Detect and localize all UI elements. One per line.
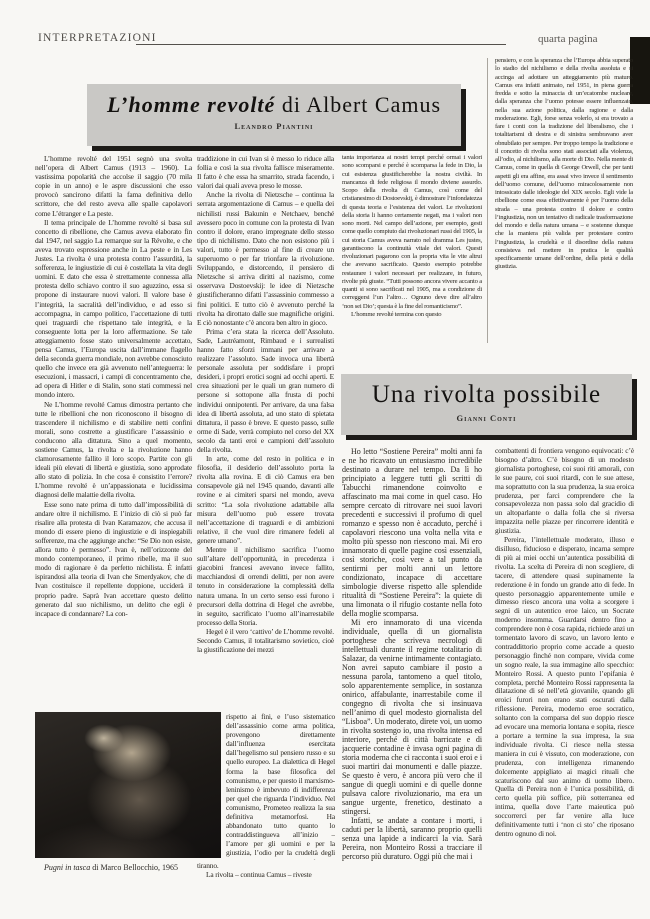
article2-column2: combattenti di frontiera vengono equivoc…	[495, 447, 634, 907]
paragraph: Anche la rivolta di Nietzsche – continua…	[197, 190, 334, 326]
paragraph: tanta importanza ai nostri tempi perché …	[342, 154, 482, 311]
masthead-rule	[136, 44, 506, 45]
paragraph: Mi ero innamorato di una vicenda individ…	[342, 618, 482, 816]
paragraph: combattenti di frontiera vengono equivoc…	[495, 447, 634, 536]
article1-title-work: L’homme revolté	[107, 92, 275, 117]
paragraph: Prima c’era stata la ricerca dell’Assolu…	[197, 327, 334, 454]
registration-mark	[630, 37, 650, 104]
article1-title-box: L’homme revolté di Albert Camus Leandro …	[87, 84, 461, 146]
photo-caption-credit: di Marco Bellocchio, 1965	[90, 863, 178, 872]
paragraph: In arte, come del resto in politica e in…	[197, 454, 334, 545]
paragraph: Infatti, se andate a contare i morti, i …	[342, 816, 482, 861]
paragraph: pensiero, e con la speranza che l’Europa…	[495, 57, 633, 272]
paragraph: Esse sono nate prima di tutto dall’impos…	[35, 500, 192, 618]
article1-column2-beside-photo: rispetto ai fini, e l’uso sistematico de…	[226, 712, 335, 860]
photo-caption: Pugni in tasca di Marco Bellocchio, 1965	[44, 863, 234, 872]
paragraph: Pereira, l’intellettuale moderato, illus…	[495, 536, 634, 839]
paragraph: L’homme revolté del 1951 segnò una svolt…	[35, 154, 192, 218]
scanned-magazine-page: INTERPRETAZIONI quarta pagina L’homme re…	[0, 0, 650, 919]
article2-byline: Gianni Conti	[341, 413, 632, 423]
paragraph: L’homme revolté termina con questo	[342, 311, 482, 319]
paragraph: Il tema principale de L’homme revolté si…	[35, 218, 192, 400]
article1-byline: Leandro Piantini	[87, 121, 461, 131]
paragraph: Hegel è il vero ‘cattivo’ de L’homme rev…	[197, 627, 334, 654]
page-number-label: quarta pagina	[538, 33, 598, 45]
article2-title: Una rivolta possibile	[341, 374, 632, 409]
article1-title-author: di Albert Camus	[275, 92, 441, 117]
paragraph: traddizione in cui Ivan si è messo lo ri…	[197, 154, 334, 190]
article1-title: L’homme revolté di Albert Camus	[87, 84, 461, 117]
paragraph: Ho letto “Sostiene Pereira” molti anni f…	[342, 447, 482, 618]
photo-caption-title: Pugni in tasca	[44, 863, 90, 872]
article1-column1: L’homme revolté del 1951 segnò una svolt…	[35, 154, 192, 711]
article1-column3-upper: tanta importanza ai nostri tempi perché …	[342, 154, 482, 346]
article1-column2-upper: traddizione in cui Ivan si è messo lo ri…	[197, 154, 334, 712]
paragraph: Mentre il nichilismo sacrifica l’uomo su…	[197, 545, 334, 627]
section-label: INTERPRETAZIONI	[38, 32, 157, 44]
article2-column1: Ho letto “Sostiene Pereira” molti anni f…	[342, 447, 482, 907]
article2-title-box: Una rivolta possibile Gianni Conti	[341, 374, 632, 435]
column-divider-rule	[487, 58, 488, 343]
paragraph: rispetto ai fini, e l’uso sistematico de…	[226, 712, 335, 860]
article1-column4: pensiero, e con la speranza che l’Europa…	[495, 57, 633, 370]
paragraph: Ne L’homme revolté Camus dimostra pertan…	[35, 400, 192, 500]
film-still-photo	[35, 712, 221, 858]
